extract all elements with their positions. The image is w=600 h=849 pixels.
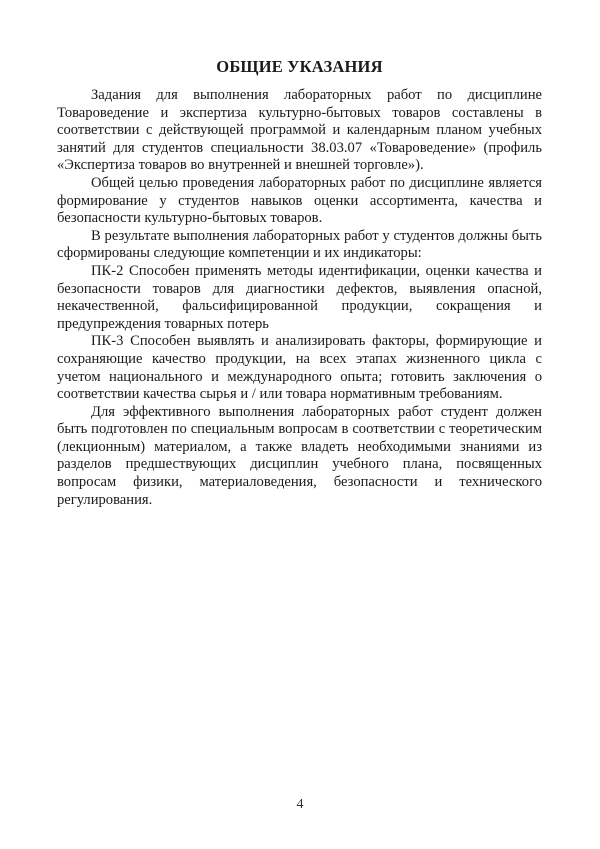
paragraph-intro: Задания для выполнения лабораторных рабо… [57, 87, 542, 175]
paragraph-competencies-intro: В результате выполнения лабораторных раб… [57, 228, 542, 263]
document-page: ОБЩИЕ УКАЗАНИЯ Задания для выполнения ла… [57, 56, 542, 509]
page-title: ОБЩИЕ УКАЗАНИЯ [57, 56, 542, 78]
paragraph-preparation: Для эффективного выполнения лабораторных… [57, 404, 542, 510]
paragraph-pk2: ПК-2 Способен применять методы идентифик… [57, 263, 542, 333]
page-number: 4 [0, 797, 600, 813]
paragraph-goal: Общей целью проведения лабораторных рабо… [57, 175, 542, 228]
paragraph-pk3: ПК-3 Способен выявлять и анализировать ф… [57, 333, 542, 403]
